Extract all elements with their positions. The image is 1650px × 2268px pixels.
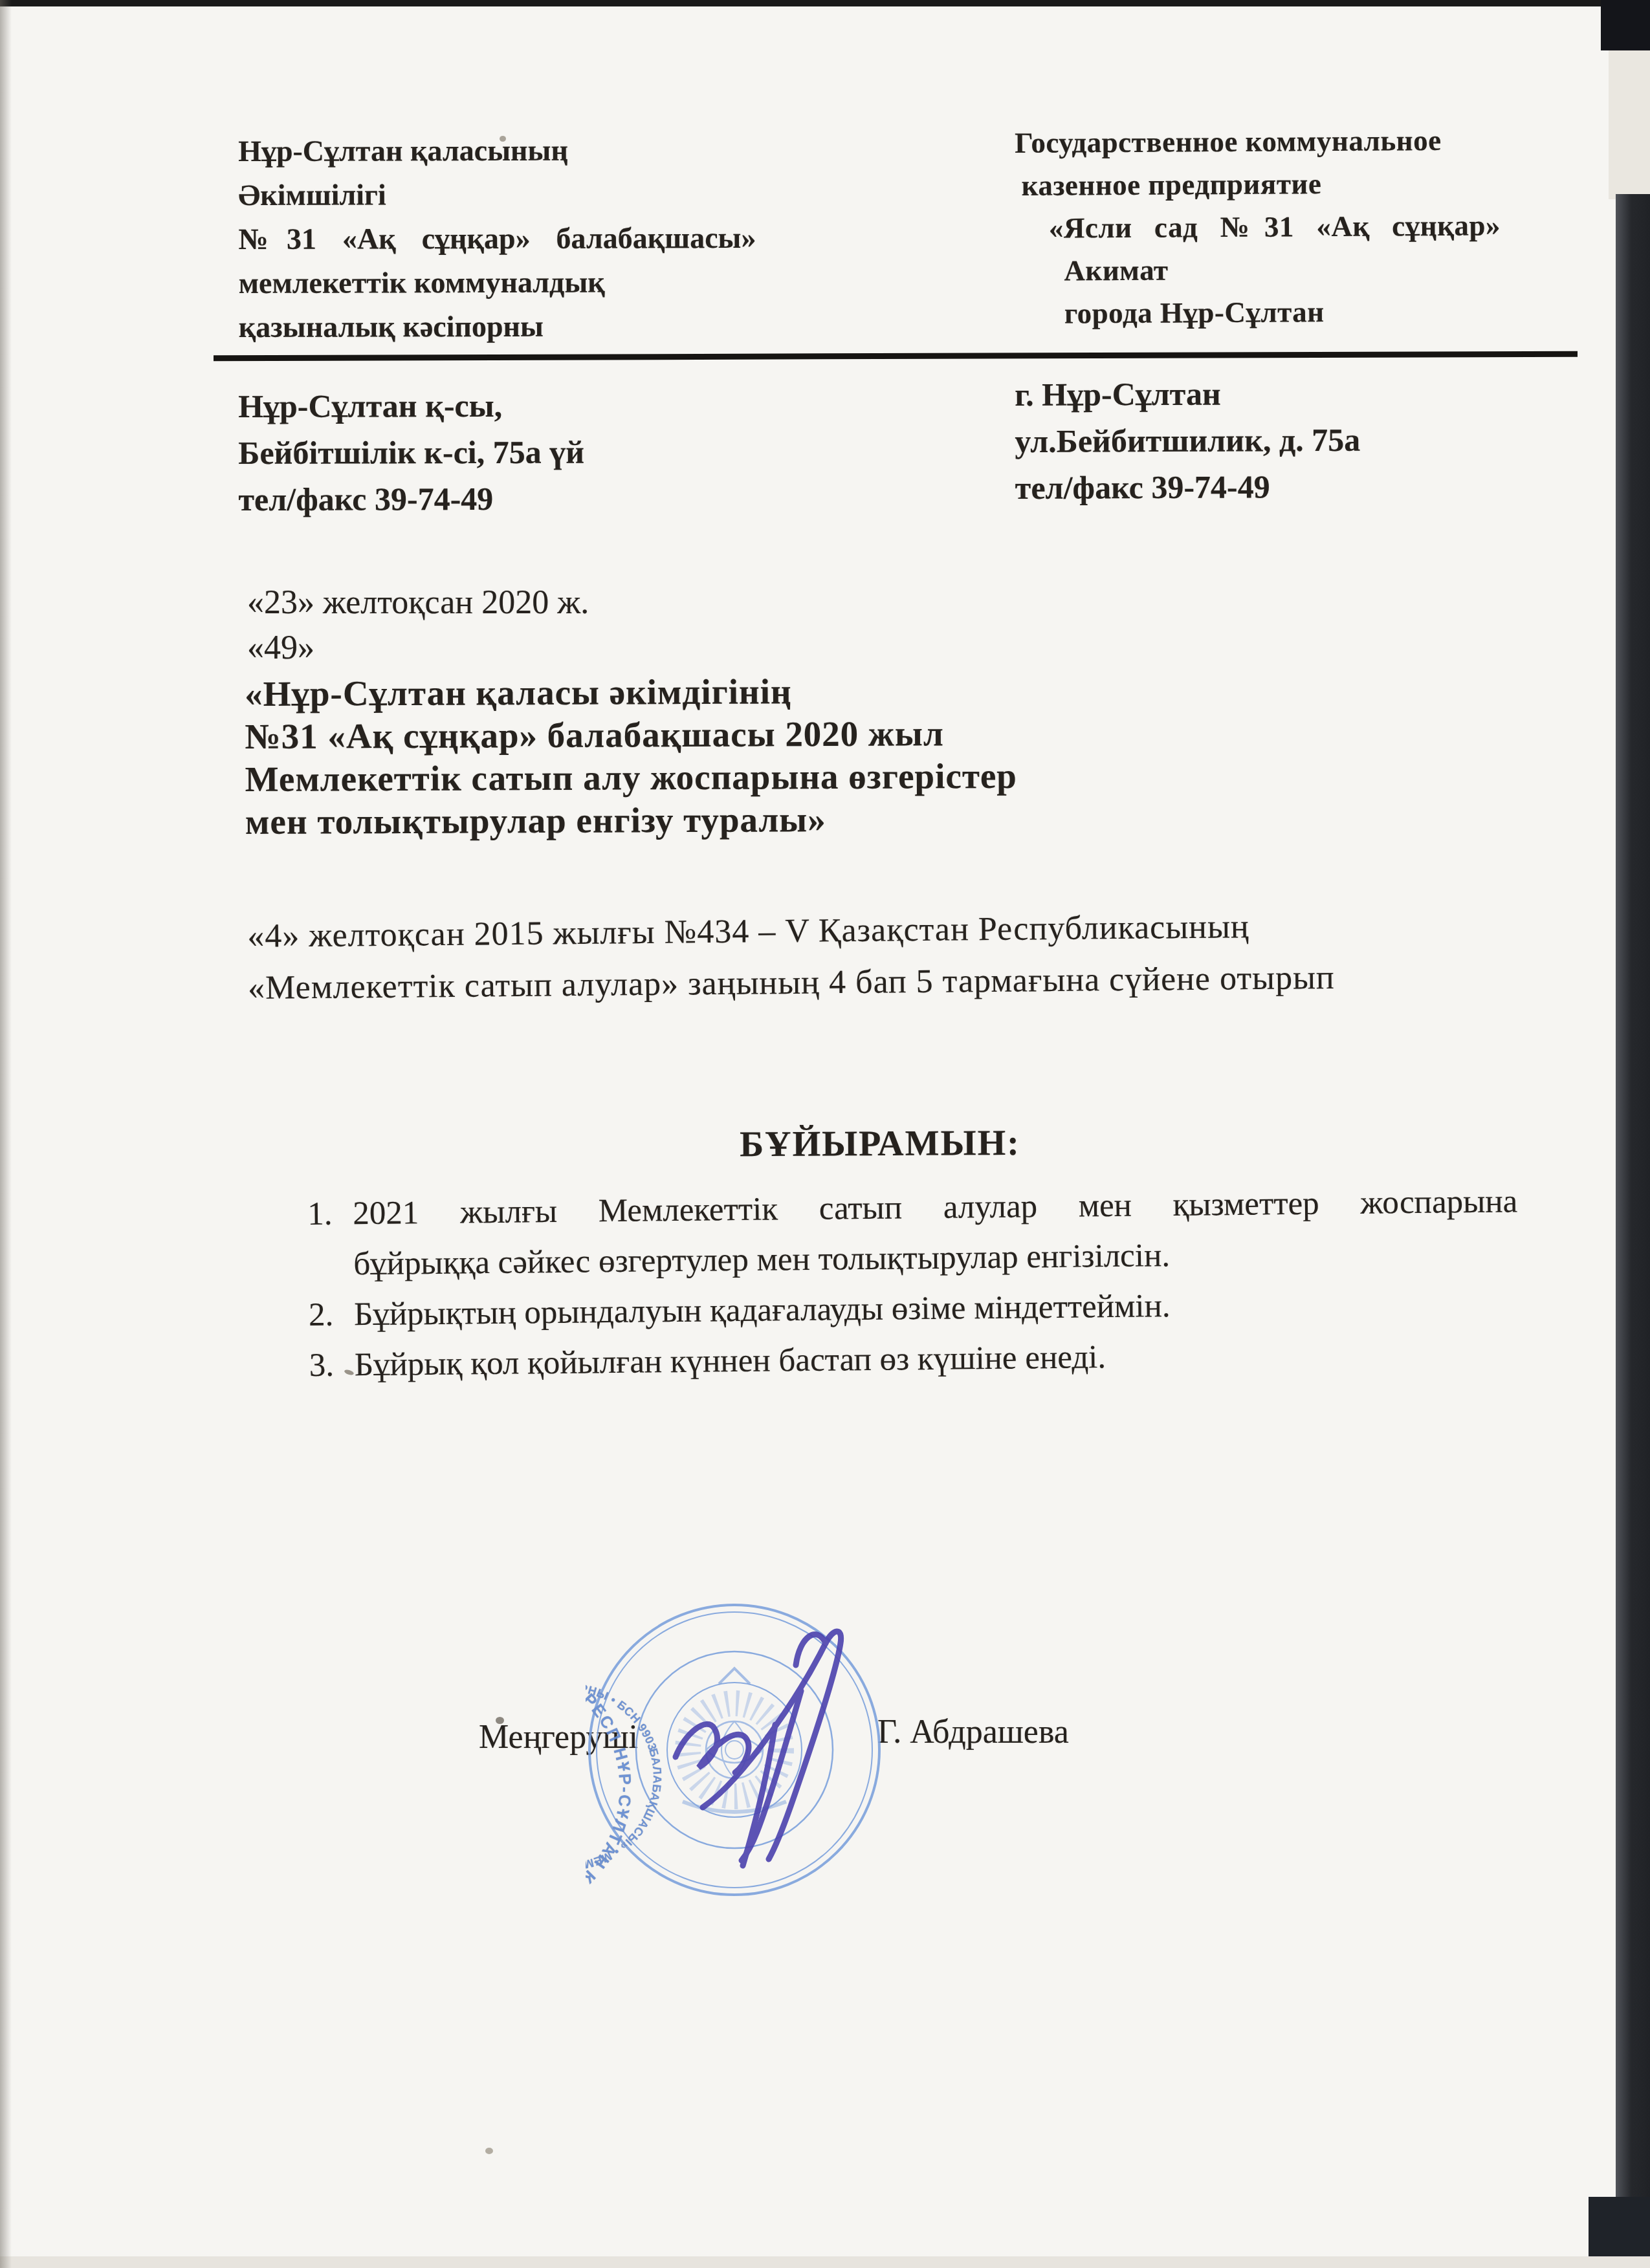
text-line: Нұр-Сұлтан қ-сы, [238, 382, 584, 430]
address-russian: г. Нұр-Сұлтан ул.Бейбитшилик, д. 75а тел… [1015, 370, 1361, 511]
scan-speck [485, 2148, 493, 2154]
text-line: тел/факс 39-74-49 [1015, 463, 1361, 511]
order-title: «Нұр-Сұлтан қаласы әкімдігінің №31 «Ақ с… [245, 670, 1017, 844]
page-edge-bottom [0, 2256, 1650, 2268]
order-item: 1. 2021 жылғы Мемлекеттік сатып алулар м… [307, 1176, 1538, 1290]
page-edge-left-shadow [0, 0, 12, 2268]
text-line: казенное предприятие [1021, 161, 1500, 207]
item-number: 1. [307, 1188, 354, 1290]
text-line: ул.Бейбитшилик, д. 75а [1015, 417, 1360, 464]
handwritten-signature [647, 1604, 880, 1889]
order-items: 1. 2021 жылғы Мемлекеттік сатып алулар м… [307, 1176, 1539, 1391]
page-edge-right-light [1609, 50, 1650, 199]
scanner-corner-top-right [1601, 0, 1650, 50]
text-line: города Нұр-Сұлтан [1064, 289, 1501, 334]
order-preamble: «4» желтоқсан 2015 жылғы №434 – V Қазақс… [247, 900, 1335, 1014]
header-divider-line [214, 351, 1578, 362]
text-line: «Ясли сад №31 «Ақ сұңқар» [1049, 204, 1501, 249]
text-line: Әкімшілігі [238, 172, 756, 217]
text-line: Нұр-Сұлтан қаласының [238, 128, 756, 173]
scanned-order-document: Нұр-Сұлтан қаласының Әкімшілігі №31 «Ақ … [0, 0, 1650, 2268]
text-line: Акимат [1064, 246, 1501, 292]
signatory-name: Г. Абдрашева [877, 1713, 1069, 1751]
text-line: Бейбітшілік к-сі, 75а үй [238, 429, 584, 476]
org-name-russian: Государственное коммунальное казенное пр… [1015, 118, 1501, 335]
text-line: қазыналық кәсіпорны [239, 304, 756, 349]
scanner-edge-right [1616, 194, 1650, 2206]
text-line: «Мемлекеттік сатып алулар» заңының 4 бап… [248, 952, 1335, 1014]
scan-speck [496, 1717, 504, 1724]
text-line: тел/факс 39-74-49 [238, 475, 584, 523]
text-line: мемлекеттік коммуналдық [239, 260, 756, 305]
text-line: №31 «Ақ сұңқар» балабақшасы» [238, 216, 756, 261]
scan-speck [500, 136, 506, 142]
org-name-kazakh: Нұр-Сұлтан қаласының Әкімшілігі №31 «Ақ … [238, 128, 756, 349]
item-number: 3. [309, 1340, 355, 1391]
text-line: «Нұр-Сұлтан қаласы әкімдігінің [245, 670, 1017, 715]
text-line: №31 «Ақ сұңқар» балабақшасы 2020 жыл [245, 712, 1017, 758]
item-number: 2. [309, 1289, 355, 1340]
order-date: «23» желтоқсан 2020 ж. [247, 583, 589, 622]
text-line: мен толықтырулар енгізу туралы» [245, 798, 1017, 844]
text-line: Мемлекеттік сатып алу жоспарына өзгеріст… [245, 755, 1017, 801]
text-line: Государственное коммунальное [1015, 118, 1500, 164]
address-kazakh: Нұр-Сұлтан қ-сы, Бейбітшілік к-сі, 75а ү… [238, 382, 584, 523]
scanner-edge-top [0, 0, 1650, 6]
text-line: г. Нұр-Сұлтан [1015, 370, 1360, 418]
order-heading: БҰЙЫРАМЫН: [246, 1120, 1514, 1168]
order-number: «49» [247, 629, 314, 667]
